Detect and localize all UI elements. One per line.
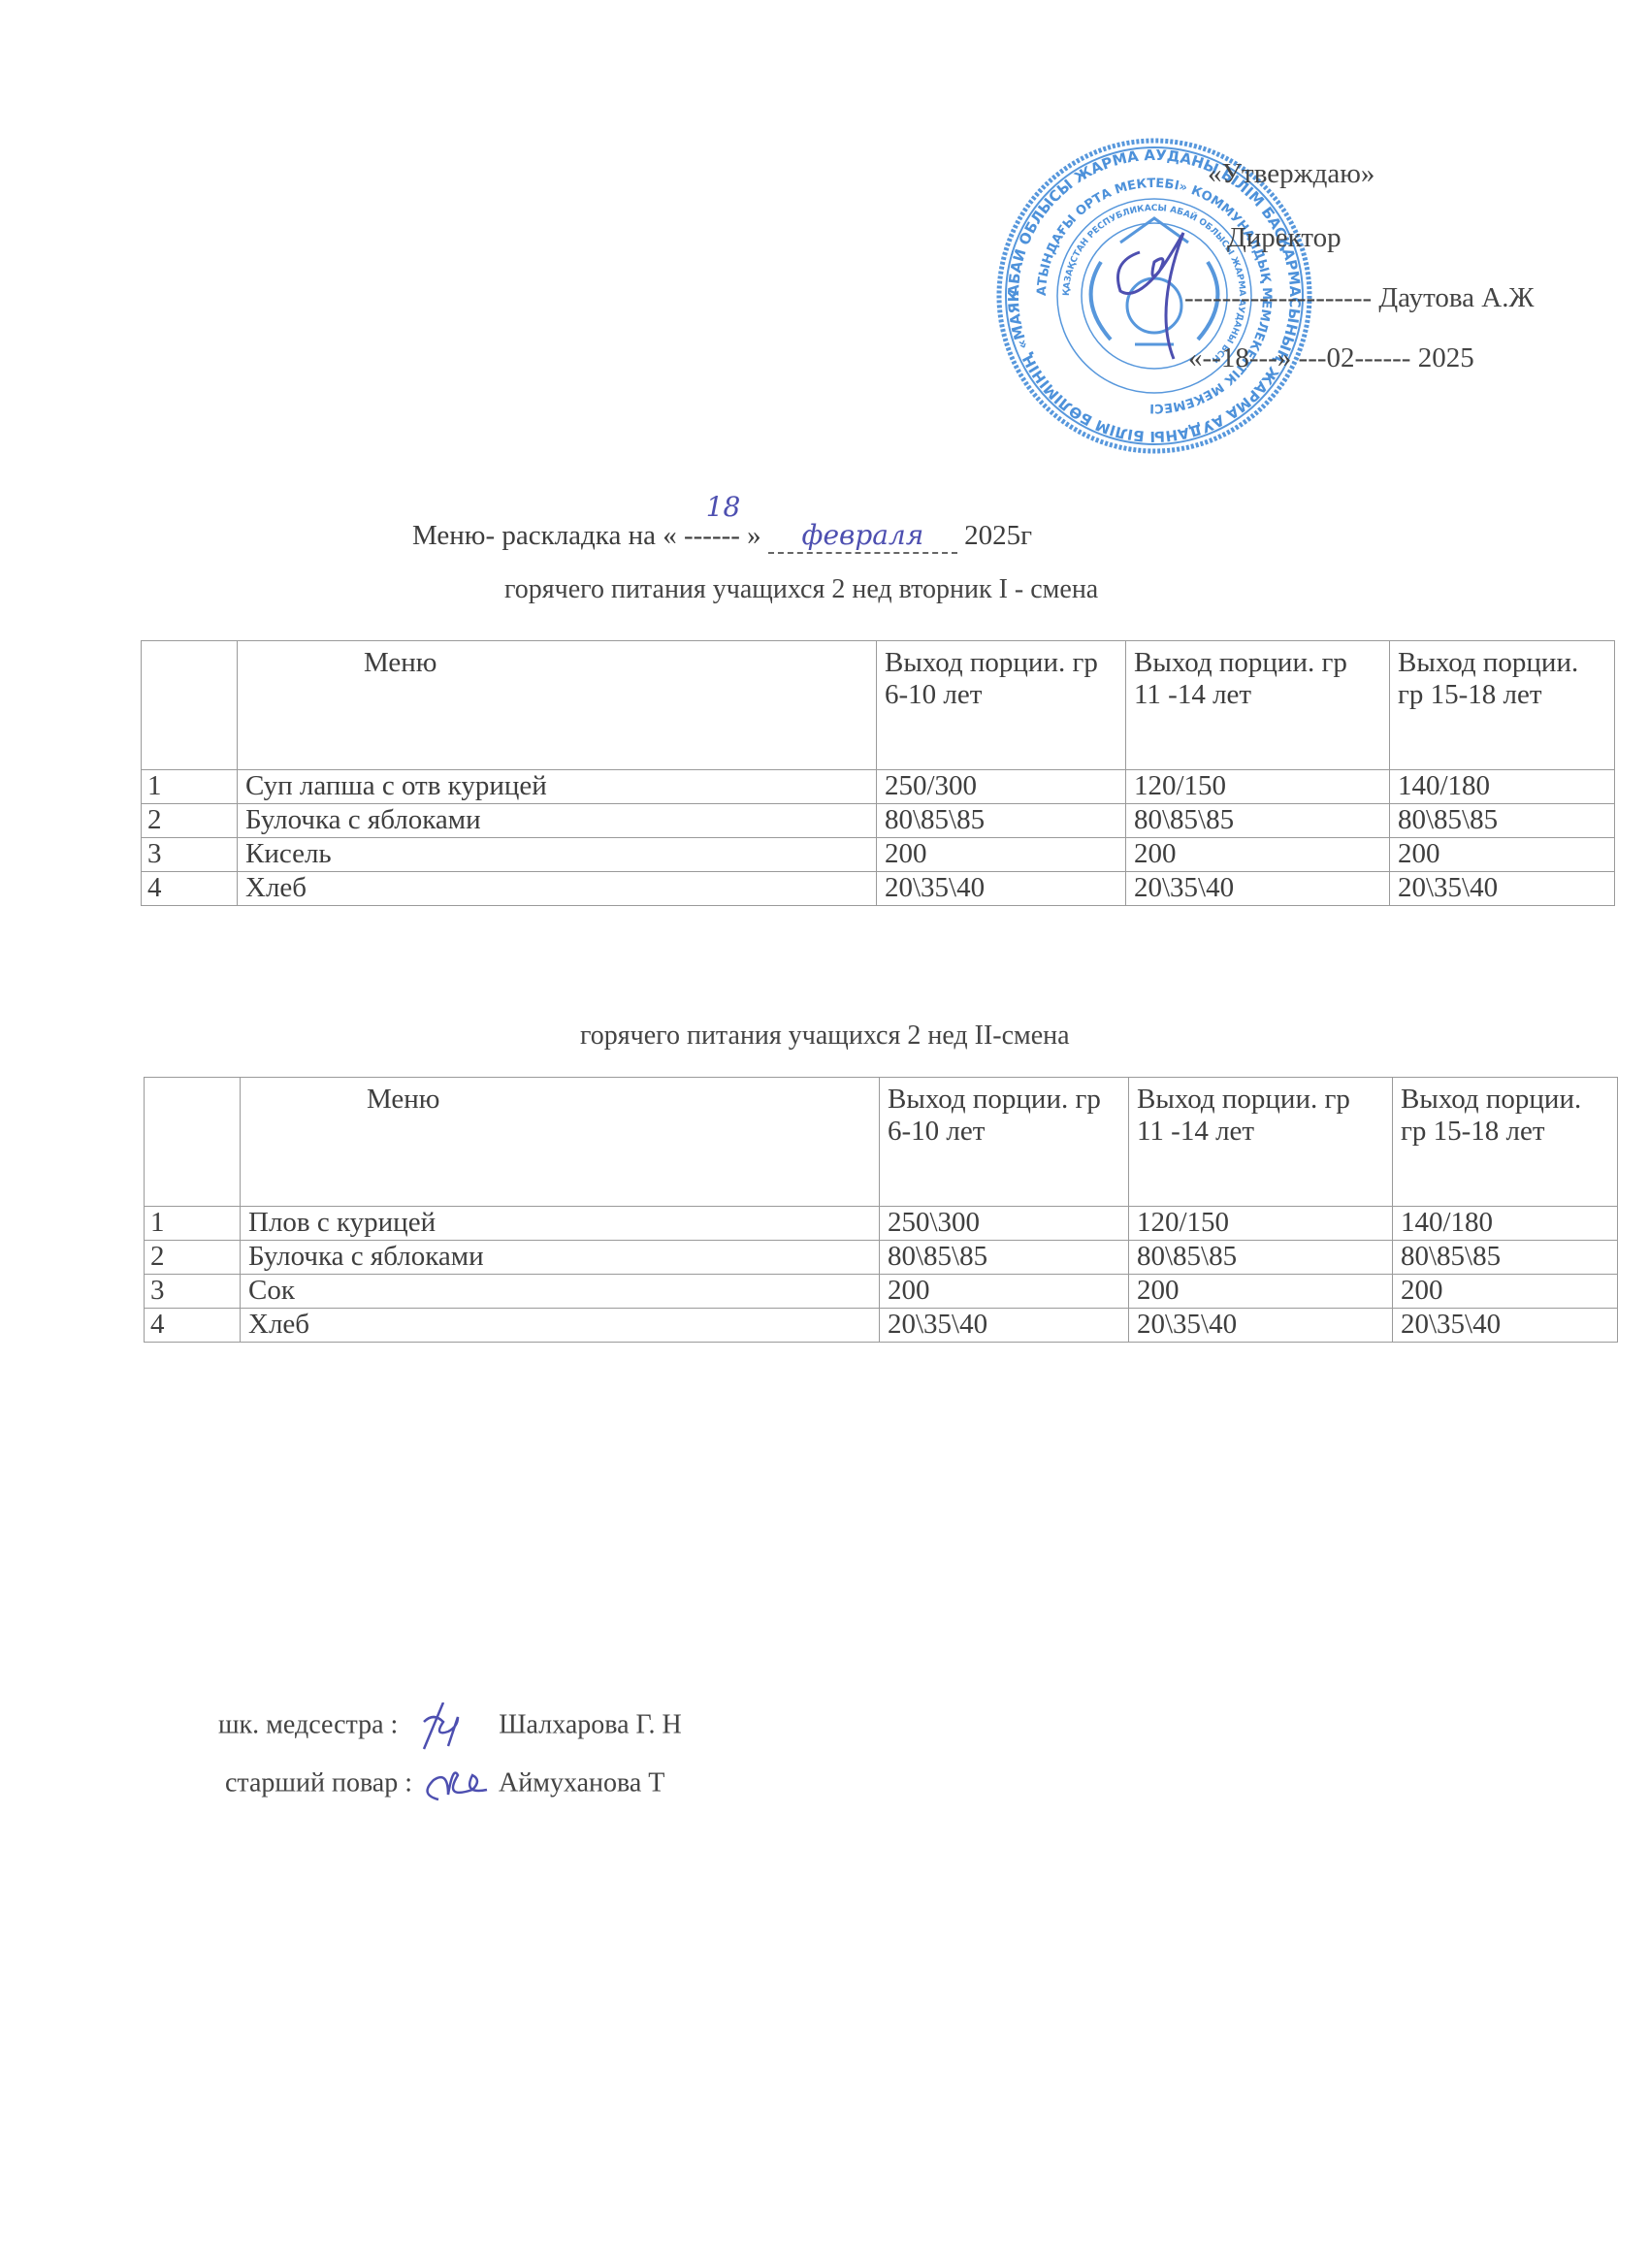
signature-role: старший повар : [225, 1767, 412, 1798]
approval-name: -------------------- Даутова А.Ж [1184, 284, 1534, 312]
row-item: Суп лапша с отв курицей [238, 770, 877, 804]
approval-role: Директор [1227, 224, 1342, 252]
table-header-row: Меню Выход порции. гр 6-10 лет Выход пор… [142, 641, 1615, 770]
row-portion-6-10: 80\85\85 [880, 1241, 1129, 1275]
subheading-shift-1: горячего питания учащихся 2 нед вторник … [504, 574, 1098, 605]
signature-chef: старший повар : Аймуханова Т [225, 1761, 664, 1809]
approval-title: «Утверждаю» [1208, 160, 1374, 188]
table-row: 1 Плов с курицей 250\300 120/150 140/180 [145, 1207, 1618, 1241]
row-portion-11-14: 200 [1126, 838, 1390, 872]
row-portion-15-18: 140/180 [1393, 1207, 1618, 1241]
table-row: 3 Кисель 200 200 200 [142, 838, 1615, 872]
menu-table-shift-1: Меню Выход порции. гр 6-10 лет Выход пор… [141, 640, 1615, 906]
table-row: 1 Суп лапша с отв курицей 250/300 120/15… [142, 770, 1615, 804]
title-prefix: Меню- раскладка на « [412, 520, 677, 551]
row-portion-6-10: 20\35\40 [877, 872, 1126, 906]
header-cell-age-15-18: Выход порции. гр 15-18 лет [1393, 1078, 1618, 1207]
table-row: 4 Хлеб 20\35\40 20\35\40 20\35\40 [142, 872, 1615, 906]
row-number: 3 [145, 1275, 241, 1309]
row-item: Кисель [238, 838, 877, 872]
row-item: Хлеб [238, 872, 877, 906]
row-number: 2 [142, 804, 238, 838]
header-cell-age-15-18: Выход порции. гр 15-18 лет [1390, 641, 1615, 770]
row-portion-11-14: 120/150 [1126, 770, 1390, 804]
row-portion-6-10: 250\300 [880, 1207, 1129, 1241]
header-cell-number [145, 1078, 241, 1207]
handwritten-signature-icon [404, 1702, 492, 1751]
row-portion-11-14: 20\35\40 [1126, 872, 1390, 906]
row-item: Булочка с яблоками [238, 804, 877, 838]
table-row: 4 Хлеб 20\35\40 20\35\40 20\35\40 [145, 1309, 1618, 1343]
document-title: Меню- раскладка на « ------ 18 » февраля… [412, 519, 1032, 554]
row-item: Плов с курицей [241, 1207, 880, 1241]
title-month-handwritten: февраля [802, 519, 924, 551]
subheading-shift-2: горячего питания учащихся 2 нед II-смена [580, 1021, 1070, 1052]
row-portion-6-10: 20\35\40 [880, 1309, 1129, 1343]
row-portion-15-18: 20\35\40 [1390, 872, 1615, 906]
row-portion-6-10: 200 [880, 1275, 1129, 1309]
title-suffix: 2025г [957, 520, 1032, 551]
signature-name: Аймуханова Т [499, 1767, 664, 1798]
row-number: 3 [142, 838, 238, 872]
signature-nurse: шк. медсестра : Шалхарова Г. Н [218, 1702, 682, 1751]
header-cell-age-6-10: Выход порции. гр 6-10 лет [880, 1078, 1129, 1207]
row-number: 1 [145, 1207, 241, 1241]
row-portion-11-14: 120/150 [1129, 1207, 1393, 1241]
row-portion-6-10: 80\85\85 [877, 804, 1126, 838]
title-day-blank: ------ [684, 520, 740, 551]
table-row: 2 Булочка с яблоками 80\85\85 80\85\85 8… [142, 804, 1615, 838]
approval-date: «--18---» ---02------ 2025 [1188, 344, 1474, 373]
table-row: 2 Булочка с яблоками 80\85\85 80\85\85 8… [145, 1241, 1618, 1275]
row-portion-15-18: 20\35\40 [1393, 1309, 1618, 1343]
header-cell-menu: Меню [241, 1078, 880, 1207]
header-cell-age-11-14: Выход порции. гр 11 -14 лет [1129, 1078, 1393, 1207]
handwritten-signature-icon [419, 1761, 492, 1809]
row-item: Сок [241, 1275, 880, 1309]
row-portion-15-18: 200 [1393, 1275, 1618, 1309]
title-day-handwritten: 18 [706, 491, 741, 523]
row-portion-15-18: 80\85\85 [1393, 1241, 1618, 1275]
row-portion-15-18: 200 [1390, 838, 1615, 872]
header-cell-age-6-10: Выход порции. гр 6-10 лет [877, 641, 1126, 770]
title-mid: » [747, 520, 768, 551]
row-item: Булочка с яблоками [241, 1241, 880, 1275]
row-item: Хлеб [241, 1309, 880, 1343]
row-portion-11-14: 200 [1129, 1275, 1393, 1309]
row-number: 4 [145, 1309, 241, 1343]
table-header-row: Меню Выход порции. гр 6-10 лет Выход пор… [145, 1078, 1618, 1207]
row-portion-11-14: 20\35\40 [1129, 1309, 1393, 1343]
row-number: 2 [145, 1241, 241, 1275]
table-row: 3 Сок 200 200 200 [145, 1275, 1618, 1309]
menu-table-shift-2: Меню Выход порции. гр 6-10 лет Выход пор… [144, 1077, 1618, 1343]
header-cell-number [142, 641, 238, 770]
row-number: 1 [142, 770, 238, 804]
row-number: 4 [142, 872, 238, 906]
row-portion-15-18: 140/180 [1390, 770, 1615, 804]
row-portion-11-14: 80\85\85 [1126, 804, 1390, 838]
row-portion-6-10: 200 [877, 838, 1126, 872]
row-portion-11-14: 80\85\85 [1129, 1241, 1393, 1275]
row-portion-6-10: 250/300 [877, 770, 1126, 804]
signature-name: Шалхарова Г. Н [499, 1709, 681, 1739]
row-portion-15-18: 80\85\85 [1390, 804, 1615, 838]
header-cell-age-11-14: Выход порции. гр 11 -14 лет [1126, 641, 1390, 770]
header-cell-menu: Меню [238, 641, 877, 770]
signature-role: шк. медсестра : [218, 1709, 398, 1739]
